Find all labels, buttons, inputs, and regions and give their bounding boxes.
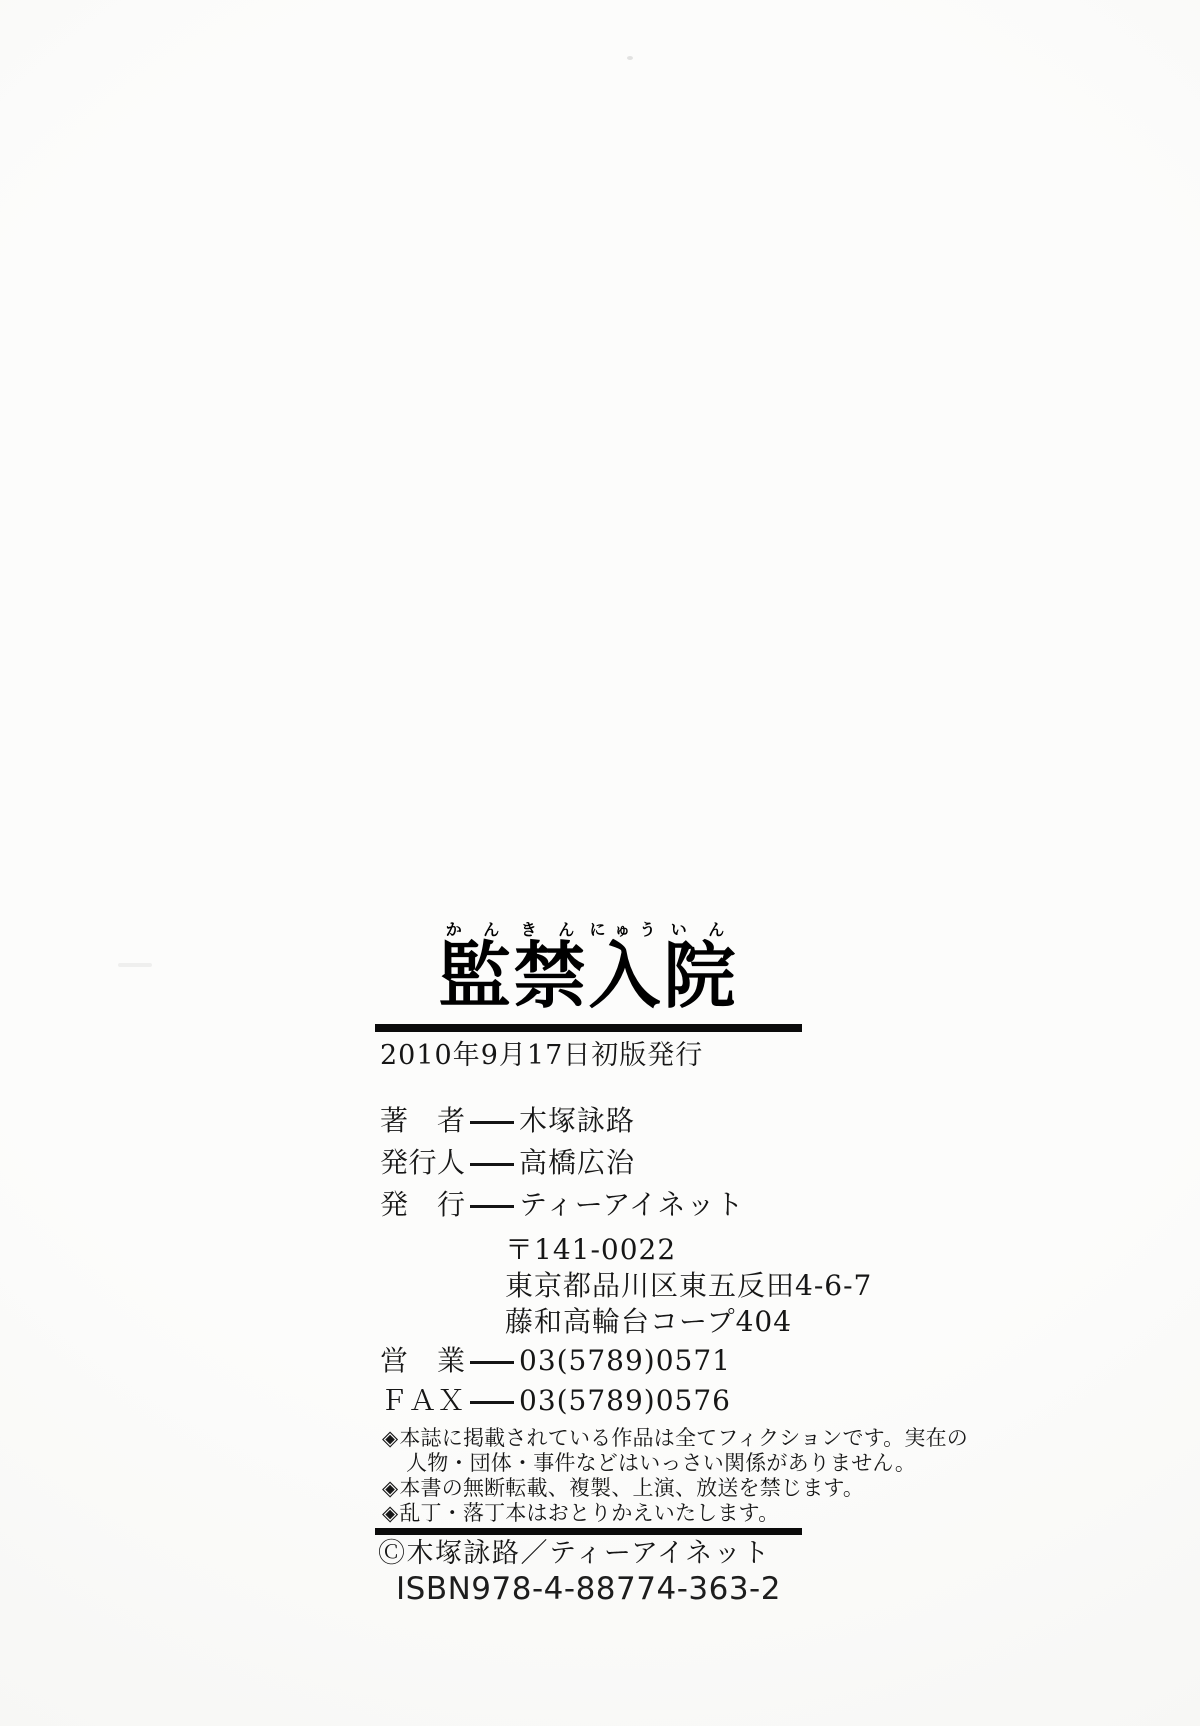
title-furigana: にゅう <box>589 920 664 939</box>
disclaimer-item: ◈本誌に掲載されている作品は全てフィクションです。実在の <box>382 1426 802 1451</box>
disclaimer-text: 人物・団体・事件などはいっさい関係がありません。 <box>406 1451 916 1475</box>
contact-row-fax: ＦＡＸ 03(5789)0576 <box>375 1386 802 1416</box>
postal-code: 〒141-0022 <box>505 1232 802 1268</box>
contact-label: ＦＡＸ <box>380 1386 468 1416</box>
edition-date: 2010年9月17日初版発行 <box>375 1040 802 1072</box>
colophon-block: 監かん禁きん入にゅう院いん 2010年9月17日初版発行 著 者 木塚詠路 発行… <box>375 908 802 1606</box>
label-dash <box>470 1401 514 1404</box>
diamond-bullet-icon: ◈ <box>382 1501 399 1525</box>
credit-row-publisher-person: 発行人 高橋広治 <box>375 1148 802 1178</box>
title-kanji: 入 <box>589 933 664 1018</box>
disclaimer-item-continued: 人物・団体・事件などはいっさい関係がありません。 <box>382 1451 802 1476</box>
address-line: 東京都品川区東五反田4-6-7 <box>505 1268 802 1304</box>
credit-row-author: 著 者 木塚詠路 <box>375 1106 802 1136</box>
label-dash <box>470 1163 514 1166</box>
credit-row-publisher: 発 行 ティーアイネット <box>375 1190 802 1220</box>
label-dash <box>470 1121 514 1124</box>
disclaimer-text: 本誌に掲載されている作品は全てフィクションです。実在の <box>399 1426 968 1450</box>
publisher-address: 〒141-0022 東京都品川区東五反田4-6-7 藤和高輪台コープ404 <box>375 1232 802 1340</box>
footer-divider-rule <box>375 1528 802 1535</box>
credit-value: 高橋広治 <box>516 1148 635 1178</box>
contact-row-sales: 営 業 03(5789)0571 <box>375 1346 802 1376</box>
diamond-bullet-icon: ◈ <box>382 1476 399 1500</box>
scan-speck <box>627 56 633 60</box>
contact-label: 営 業 <box>380 1346 468 1376</box>
title-kanji: 監 <box>438 933 513 1018</box>
title-kanji: 禁 <box>513 933 588 1018</box>
credit-label: 発 行 <box>380 1190 468 1220</box>
title-furigana: きん <box>513 920 588 939</box>
contact-value: 03(5789)0576 <box>516 1386 731 1416</box>
disclaimer-text: 乱丁・落丁本はおとりかえいたします。 <box>399 1501 779 1525</box>
disclaimer-block: ◈本誌に掲載されている作品は全てフィクションです。実在の 人物・団体・事件などは… <box>375 1426 802 1526</box>
title-divider-rule <box>375 1024 802 1032</box>
credit-value: 木塚詠路 <box>516 1106 635 1136</box>
disclaimer-item: ◈乱丁・落丁本はおとりかえいたします。 <box>382 1501 802 1526</box>
colophon-page: 監かん禁きん入にゅう院いん 2010年9月17日初版発行 著 者 木塚詠路 発行… <box>0 0 1200 1726</box>
title-furigana: かん <box>438 920 513 939</box>
contact-list: 営 業 03(5789)0571 ＦＡＸ 03(5789)0576 <box>375 1346 802 1416</box>
credit-label: 著 者 <box>380 1106 468 1136</box>
credit-label: 発行人 <box>380 1148 468 1178</box>
diamond-bullet-icon: ◈ <box>382 1426 399 1450</box>
credit-value: ティーアイネット <box>516 1190 745 1220</box>
contact-value: 03(5789)0571 <box>516 1346 731 1376</box>
disclaimer-item: ◈本書の無断転載、複製、上演、放送を禁じます。 <box>382 1476 802 1501</box>
scan-speck <box>118 963 152 967</box>
book-title-ruby: 監かん禁きん入にゅう院いん <box>438 920 738 1012</box>
title-kanji: 院 <box>664 933 739 1018</box>
book-title: 監かん禁きん入にゅう院いん <box>375 908 802 1012</box>
label-dash <box>470 1361 514 1364</box>
isbn-number: ISBN978-4-88774-363-2 <box>375 1573 802 1606</box>
copyright-line: Ⓒ木塚詠路／ティーアイネット <box>375 1539 802 1569</box>
credits-list: 著 者 木塚詠路 発行人 高橋広治 発 行 ティーアイネット <box>375 1106 802 1220</box>
label-dash <box>470 1205 514 1208</box>
title-furigana: いん <box>664 920 739 939</box>
address-line: 藤和高輪台コープ404 <box>505 1304 802 1340</box>
disclaimer-text: 本書の無断転載、複製、上演、放送を禁じます。 <box>399 1476 864 1500</box>
